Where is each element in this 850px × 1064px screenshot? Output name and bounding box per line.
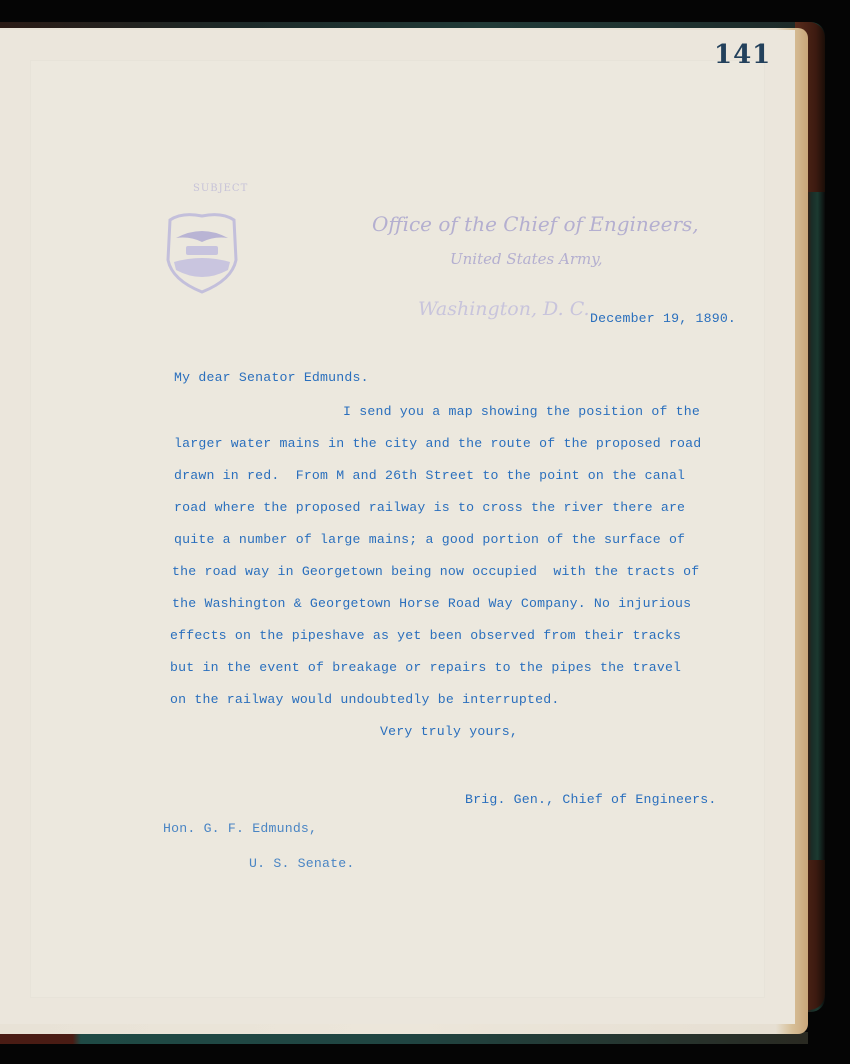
closing: Very truly yours,	[380, 724, 518, 739]
letter-date: December 19, 1890.	[590, 311, 736, 326]
body-line: quite a number of large mains; a good po…	[174, 532, 685, 547]
body-line: the road way in Georgetown being now occ…	[172, 564, 699, 579]
letter-sheet	[30, 60, 765, 998]
body-line: larger water mains in the city and the r…	[174, 436, 701, 451]
letterhead-department: United States Army,	[450, 250, 602, 268]
eagle-crest-icon	[162, 210, 242, 295]
letterhead-office: Office of the Chief of Engineers,	[372, 212, 699, 236]
body-line: drawn in red. From M and 26th Street to …	[174, 468, 685, 483]
subject-label: SUBJECT	[193, 183, 248, 194]
addressee-org: U. S. Senate.	[249, 856, 354, 871]
addressee-name: Hon. G. F. Edmunds,	[163, 821, 317, 836]
salutation: My dear Senator Edmunds.	[174, 370, 369, 385]
letterhead-city: Washington, D. C.	[418, 298, 590, 320]
body-line: I send you a map showing the position of…	[343, 404, 700, 419]
body-line: the Washington & Georgetown Horse Road W…	[172, 596, 691, 611]
signature-title: Brig. Gen., Chief of Engineers.	[465, 792, 717, 807]
body-line: on the railway would undoubtedly be inte…	[170, 692, 559, 707]
page-number: 141	[714, 40, 771, 70]
body-line: effects on the pipeshave as yet been obs…	[170, 628, 681, 643]
body-line: road where the proposed railway is to cr…	[174, 500, 685, 515]
body-line: but in the event of breakage or repairs …	[170, 660, 681, 675]
